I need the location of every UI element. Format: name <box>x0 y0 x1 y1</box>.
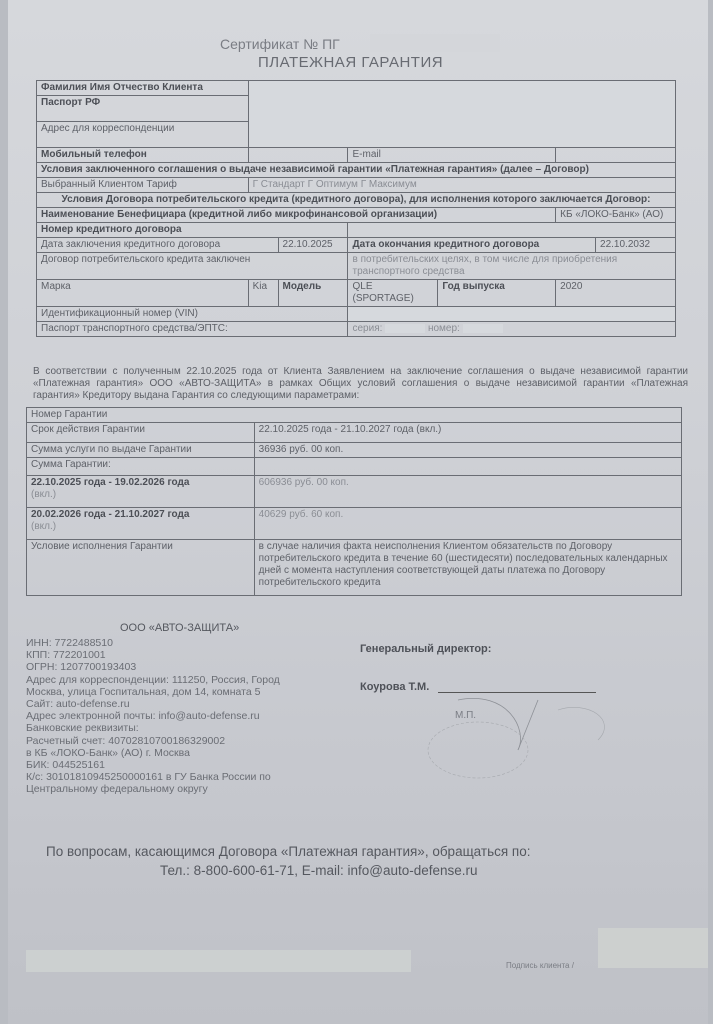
guarantee-number-label: Номер Гарантии <box>27 408 682 423</box>
company-requisites: ИНН: 7722488510 КПП: 772201001 ОГРН: 120… <box>26 637 326 796</box>
requisite-ogrn: ОГРН: 1207700193403 <box>26 661 326 673</box>
beneficiary-label: Наименование Бенефициара (кредитной либо… <box>37 208 556 223</box>
year-label: Год выпуска <box>438 280 556 307</box>
requisite-account: Расчетный счет: 40702810700186329002 <box>26 735 326 747</box>
guarantee-term-value: 22.10.2025 года - 21.10.2027 года (вкл.) <box>254 423 681 443</box>
company-name: ООО «АВТО-ЗАЩИТА» <box>120 622 239 634</box>
requisite-address-1: Адрес для корреспонденции: 111250, Росси… <box>26 674 326 686</box>
director-label: Генеральный директор: <box>360 643 491 655</box>
tariff-label: Выбранный Клиентом Тариф <box>37 178 249 193</box>
redacted-pts-series <box>385 324 425 333</box>
pts-value: серия: номер: <box>348 322 676 337</box>
document-title: ПЛАТЕЖНАЯ ГАРАНТИЯ <box>258 54 443 71</box>
document-page: Сертификат № ПГ ПЛАТЕЖНАЯ ГАРАНТИЯ Фамил… <box>8 0 708 1024</box>
contract-number-label: Номер кредитного договора <box>37 223 348 238</box>
model-label: Модель <box>278 280 348 307</box>
model-value: QLE (SPORTAGE) <box>348 280 438 307</box>
brand-label: Марка <box>37 280 249 307</box>
full-name-label: Фамилия Имя Отчество Клиента <box>37 81 249 96</box>
period-1-suffix: (вкл.) <box>31 489 56 500</box>
pts-number-label: номер: <box>428 323 460 334</box>
requisite-bank: в КБ «ЛОКО-Банк» (АО) г. Москва <box>26 747 326 759</box>
tariff-options: Г Стандарт Г Оптимум Г Максимум <box>248 178 675 193</box>
pts-series-label: серия: <box>352 323 382 334</box>
email-label: E-mail <box>348 148 556 163</box>
requisite-email: Адрес электронной почты: info@auto-defen… <box>26 710 326 722</box>
beneficiary-value: КБ «ЛОКО-Банк» (АО) <box>556 208 676 223</box>
contract-end-value: 22.10.2032 <box>596 238 676 253</box>
contact-info-line-2: Тел.: 8-800-600-61-71, E-mail: info@auto… <box>160 863 478 878</box>
requisite-bik: БИК: 044525161 <box>26 759 326 771</box>
redacted-client-signature <box>598 928 708 968</box>
year-value: 2020 <box>556 280 676 307</box>
certificate-number: Сертификат № ПГ <box>220 36 340 52</box>
guarantee-sum-label: Сумма Гарантии: <box>27 458 255 476</box>
purpose-label: Договор потребительского кредита заключе… <box>37 253 348 280</box>
client-signature-label: Подпись клиента / <box>506 961 574 970</box>
requisite-site: Сайт: auto-defense.ru <box>26 698 326 710</box>
redacted-certificate-number <box>370 34 500 52</box>
redacted-vin <box>348 307 676 322</box>
guarantee-fee-value: 36936 руб. 00 коп. <box>254 443 681 458</box>
phone-value <box>248 148 348 163</box>
condition-label: Условие исполнения Гарантии <box>27 540 255 596</box>
agreement-conditions-header: Условия заключенного соглашения о выдаче… <box>37 163 676 178</box>
requisite-address-2: Москва, улица Госпитальная, дом 14, комн… <box>26 686 326 698</box>
guarantee-sum-empty <box>254 458 681 476</box>
guarantee-intro-paragraph: В соответствии с полученным 22.10.2025 г… <box>33 366 688 402</box>
period-2-amount: 40629 руб. 60 коп. <box>254 508 681 540</box>
address-label: Адрес для корреспонденции <box>37 122 249 148</box>
client-info-table: Фамилия Имя Отчество Клиента Паспорт РФ … <box>36 80 676 337</box>
period-2-suffix: (вкл.) <box>31 521 56 532</box>
period-1: 22.10.2025 года - 19.02.2026 года (вкл.) <box>27 476 255 508</box>
pts-label: Паспорт транспортного средства/ЭПТС: <box>37 322 348 337</box>
period-2-dates: 20.02.2026 года - 21.10.2027 года <box>31 509 189 520</box>
requisite-district: Центральному федеральному округу <box>26 783 326 795</box>
passport-label: Паспорт РФ <box>37 96 249 122</box>
guarantee-fee-label: Сумма услуги по выдаче Гарантии <box>27 443 255 458</box>
redacted-area-bottom <box>26 950 411 972</box>
contact-info-line-1: По вопросам, касающимся Договора «Платеж… <box>46 844 531 859</box>
requisite-inn: ИНН: 7722488510 <box>26 637 326 649</box>
redacted-pts-number <box>463 324 503 333</box>
credit-conditions-header: Условия Договора потребительского кредит… <box>37 193 676 208</box>
stamp-signature-icon <box>418 690 618 780</box>
requisite-corr-account: К/с: 30101810945250000161 в ГУ Банка Рос… <box>26 771 326 783</box>
guarantee-table: Номер Гарантии Срок действия Гарантии 22… <box>26 407 682 596</box>
email-value <box>556 148 676 163</box>
period-1-amount: 606936 руб. 00 коп. <box>254 476 681 508</box>
contract-date-value: 22.10.2025 <box>278 238 348 253</box>
requisite-bank-header: Банковские реквизиты: <box>26 722 326 734</box>
vin-label: Идентификационный номер (VIN) <box>37 307 348 322</box>
redacted-client-data <box>248 81 675 148</box>
guarantee-term-label: Срок действия Гарантии <box>27 423 255 443</box>
period-2: 20.02.2026 года - 21.10.2027 года (вкл.) <box>27 508 255 540</box>
purpose-value: в потребительских целях, в том числе для… <box>348 253 676 280</box>
stamp-label: М.П. <box>455 710 476 721</box>
requisite-kpp: КПП: 772201001 <box>26 649 326 661</box>
contract-number-value <box>348 223 676 238</box>
contract-date-label: Дата заключения кредитного договора <box>37 238 279 253</box>
phone-label: Мобильный телефон <box>37 148 249 163</box>
period-1-dates: 22.10.2025 года - 19.02.2026 года <box>31 477 189 488</box>
condition-value: в случае наличия факта неисполнения Клие… <box>254 540 681 596</box>
contract-end-label: Дата окончания кредитного договора <box>348 238 596 253</box>
brand-value: Kia <box>248 280 278 307</box>
